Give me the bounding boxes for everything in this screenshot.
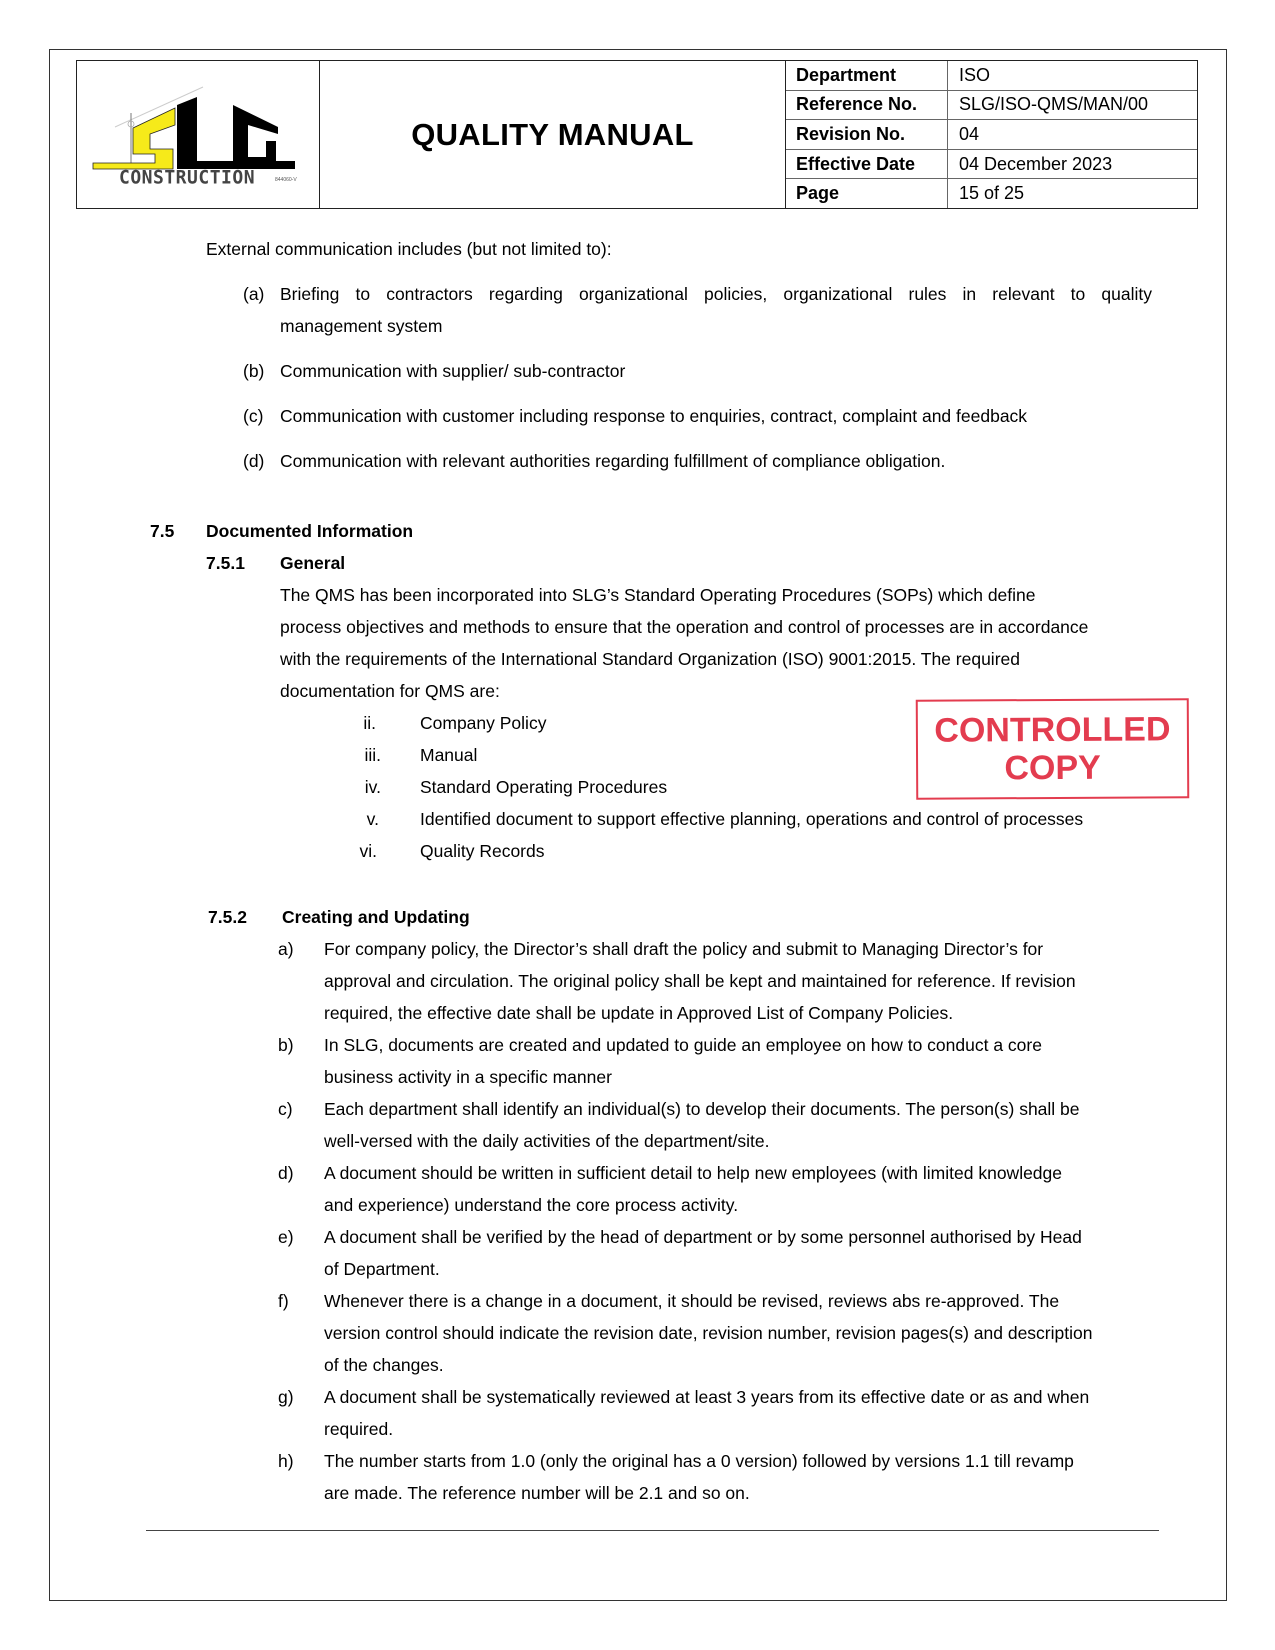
list-item-text: and experience) understand the core proc… xyxy=(324,1189,738,1221)
list-item-text: required. xyxy=(324,1413,393,1445)
list-item-text: required, the effective date shall be up… xyxy=(324,997,953,1029)
list-marker: iv. xyxy=(356,771,381,803)
list-item-text: Quality Records xyxy=(420,835,545,867)
list-marker: b) xyxy=(278,1029,294,1061)
document-title: QUALITY MANUAL xyxy=(320,61,786,208)
paragraph-line: with the requirements of the Internation… xyxy=(280,643,1020,675)
list-marker: (c) xyxy=(243,400,263,432)
logo-registration-number: 844060-V xyxy=(275,177,297,183)
list-marker: d) xyxy=(278,1157,294,1189)
list-marker: (d) xyxy=(243,445,264,477)
subsection-title: Creating and Updating xyxy=(282,901,470,933)
meta-value: 04 xyxy=(948,120,1197,149)
meta-value: 04 December 2023 xyxy=(948,150,1197,179)
subsection-number: 7.5.1 xyxy=(206,547,245,579)
external-communication-intro: External communication includes (but not… xyxy=(206,233,612,265)
list-marker: a) xyxy=(278,933,294,965)
list-marker: ii. xyxy=(356,707,376,739)
document-header: CONSTRUCTION 844060-V QUALITY MANUAL Dep… xyxy=(76,60,1198,209)
paragraph-line: The QMS has been incorporated into SLG’s… xyxy=(280,579,1036,611)
list-item-text: are made. The reference number will be 2… xyxy=(324,1477,750,1509)
list-item-text: A document should be written in sufficie… xyxy=(324,1157,1062,1189)
meta-label: Effective Date xyxy=(786,150,948,179)
list-item-text: management system xyxy=(280,310,442,342)
meta-row-revision: Revision No. 04 xyxy=(786,120,1197,150)
list-item-text: A document shall be systematically revie… xyxy=(324,1381,1089,1413)
list-item-text: Communication with customer including re… xyxy=(280,400,1027,432)
list-marker: c) xyxy=(278,1093,293,1125)
meta-value: SLG/ISO-QMS/MAN/00 xyxy=(948,91,1197,120)
stamp-line: COPY xyxy=(918,748,1187,787)
list-item-text: Standard Operating Procedures xyxy=(420,771,667,803)
company-logo: CONSTRUCTION 844060-V xyxy=(77,61,320,208)
list-marker: e) xyxy=(278,1221,294,1253)
paragraph-line: documentation for QMS are: xyxy=(280,675,500,707)
list-marker: (a) xyxy=(243,278,264,310)
meta-row-page: Page 15 of 25 xyxy=(786,179,1197,208)
list-item-text: Whenever there is a change in a document… xyxy=(324,1285,1059,1317)
document-meta-table: Department ISO Reference No. SLG/ISO-QMS… xyxy=(786,61,1197,208)
meta-row-department: Department ISO xyxy=(786,61,1197,91)
list-marker: g) xyxy=(278,1381,294,1413)
list-item-text: In SLG, documents are created and update… xyxy=(324,1029,1042,1061)
meta-label: Revision No. xyxy=(786,120,948,149)
list-item-text: business activity in a specific manner xyxy=(324,1061,612,1093)
list-marker: vi. xyxy=(352,835,377,867)
list-item-text: Communication with relevant authorities … xyxy=(280,445,945,477)
stamp-line: CONTROLLED xyxy=(918,710,1187,749)
section-title: Documented Information xyxy=(206,515,413,547)
meta-row-effective-date: Effective Date 04 December 2023 xyxy=(786,150,1197,180)
meta-label: Page xyxy=(786,179,948,208)
logo-wordmark: CONSTRUCTION xyxy=(119,166,255,188)
meta-value: 15 of 25 xyxy=(948,179,1197,208)
list-item-text: approval and circulation. The original p… xyxy=(324,965,1076,997)
list-marker: v. xyxy=(356,803,379,835)
meta-value: ISO xyxy=(948,61,1197,90)
list-item-text: Briefing to contractors regarding organi… xyxy=(280,278,1152,310)
list-marker: h) xyxy=(278,1445,294,1477)
list-item-text: Company Policy xyxy=(420,707,546,739)
list-item-text: Each department shall identify an indivi… xyxy=(324,1093,1080,1125)
list-item-text: Communication with supplier/ sub-contrac… xyxy=(280,355,625,387)
list-item-text: version control should indicate the revi… xyxy=(324,1317,1092,1349)
list-item-text: The number starts from 1.0 (only the ori… xyxy=(324,1445,1074,1477)
footer-rule xyxy=(146,1530,1159,1531)
list-marker: f) xyxy=(278,1285,289,1317)
list-item-text: Manual xyxy=(420,739,477,771)
subsection-title: General xyxy=(280,547,345,579)
list-marker: (b) xyxy=(243,355,264,387)
section-number: 7.5 xyxy=(150,515,174,547)
list-marker: iii. xyxy=(356,739,381,771)
list-item-text: A document shall be verified by the head… xyxy=(324,1221,1082,1253)
meta-label: Reference No. xyxy=(786,91,948,120)
list-item-text: of the changes. xyxy=(324,1349,444,1381)
controlled-copy-stamp: CONTROLLED COPY xyxy=(916,698,1190,799)
list-item-text: Identified document to support effective… xyxy=(420,803,1083,835)
list-item-text: For company policy, the Director’s shall… xyxy=(324,933,1043,965)
list-item-text: well-versed with the daily activities of… xyxy=(324,1125,769,1157)
meta-label: Department xyxy=(786,61,948,90)
paragraph-line: process objectives and methods to ensure… xyxy=(280,611,1088,643)
subsection-number: 7.5.2 xyxy=(208,901,247,933)
meta-row-reference: Reference No. SLG/ISO-QMS/MAN/00 xyxy=(786,91,1197,121)
list-item-text: of Department. xyxy=(324,1253,440,1285)
